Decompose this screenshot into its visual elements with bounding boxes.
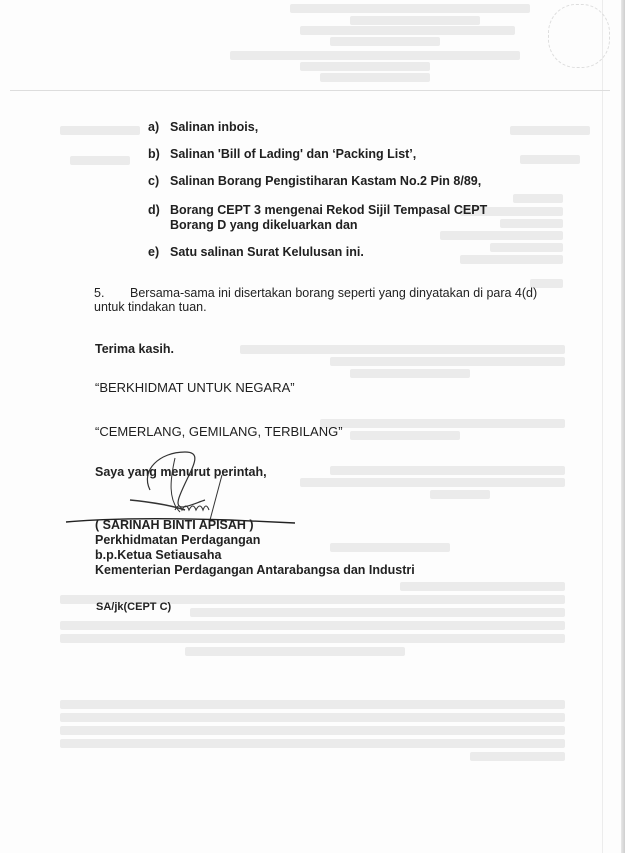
signatory-ministry: Kementerian Perdagangan Antarabangsa dan… <box>95 563 415 577</box>
signatory-on-behalf: b.p.Ketua Setiausaha <box>95 548 221 562</box>
reference-code: SA/jk(CEPT C) <box>96 601 171 613</box>
signature-mark <box>0 0 625 853</box>
signatory-title: Perkhidmatan Perdagangan <box>95 533 260 547</box>
signatory-name: ( SARINAH BINTI APISAH ) <box>95 518 254 532</box>
scanned-letter-page: a)Salinan inbois, b)Salinan 'Bill of Lad… <box>0 0 625 853</box>
